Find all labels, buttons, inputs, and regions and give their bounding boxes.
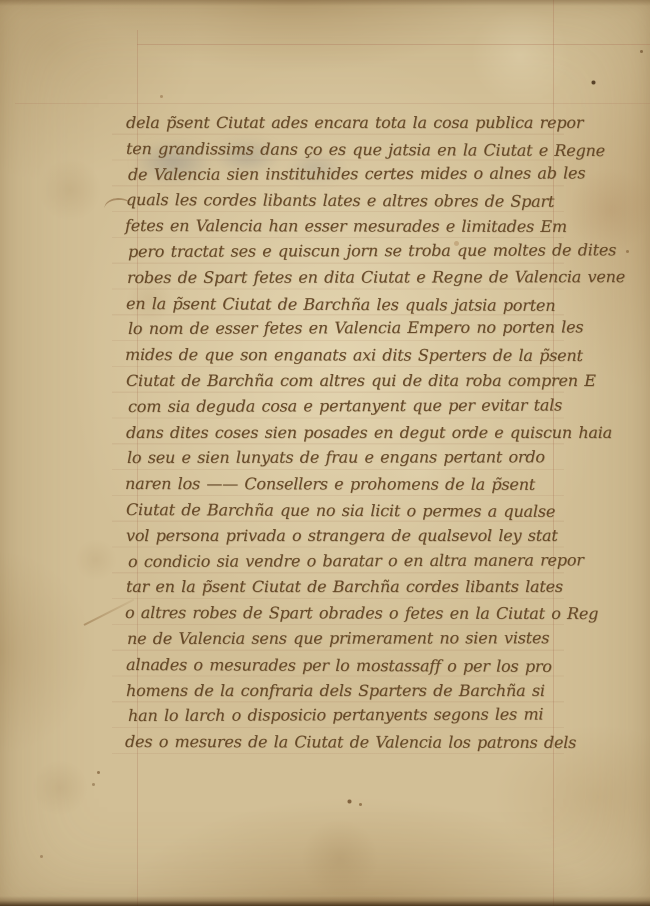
manuscript-line: robes de Spart fetes en dita Ciutat e Re… (127, 264, 563, 291)
manuscript-line: lo nom de esser fetes en Valencia Empero… (128, 315, 564, 342)
manuscript-line: ne de Valencia sens que primerament no s… (127, 625, 563, 652)
manuscript-line: quals les cordes libants lates e altres … (126, 187, 562, 215)
manuscript-line: des o mesures de la Ciutat de Valencia l… (125, 729, 561, 756)
manuscript-line: Ciutat de Barchña que no sia licit o per… (126, 497, 562, 525)
manuscript-line: o altres robes de Spart obrades o fetes … (125, 600, 561, 627)
manuscript-line: dela p̃sent Ciutat ades encara tota la c… (126, 110, 562, 136)
manuscript-line: ten grandissims dans ço es que jatsia en… (126, 136, 562, 164)
page-bottom-edge (0, 896, 650, 906)
manuscript-line: fetes en Valencia han esser mesurades e … (125, 213, 561, 240)
manuscript-line: lo seu e sien lunyats de frau e engans p… (127, 445, 563, 472)
manuscript-line: pero tractat ses e quiscun jorn se troba… (128, 237, 564, 264)
manuscript-line: homens de la confraria dels Sparters de … (126, 678, 562, 704)
manuscript-line: tar en la p̃sent Ciutat de Barchña corde… (126, 574, 562, 600)
manuscript-line: dans dites coses sien posades en degut o… (126, 420, 562, 446)
manuscript-line: han lo larch o disposicio pertanyents se… (128, 702, 564, 729)
manuscript-text-block: dela p̃sent Ciutat ades encara tota la c… (126, 110, 562, 755)
manuscript-line: mides de que son enganats axi dits Spert… (125, 342, 561, 369)
manuscript-line: naren los —— Consellers e prohomens de l… (125, 471, 561, 498)
page-top-edge (0, 0, 650, 6)
manuscript-line: de Valencia sien instituhides certes mid… (128, 160, 564, 187)
manuscript-page: dela p̃sent Ciutat ades encara tota la c… (0, 0, 650, 906)
manuscript-line: vol persona privada o strangera de quals… (126, 523, 562, 549)
manuscript-line: o condicio sia vendre o baratar o en alt… (128, 547, 564, 574)
manuscript-line: com sia deguda cosa e pertanyent que per… (128, 392, 564, 419)
manuscript-line: alnades o mesurades per lo mostassaff o … (126, 652, 562, 680)
manuscript-line: Ciutat de Barchña com altres qui de dita… (126, 368, 562, 394)
